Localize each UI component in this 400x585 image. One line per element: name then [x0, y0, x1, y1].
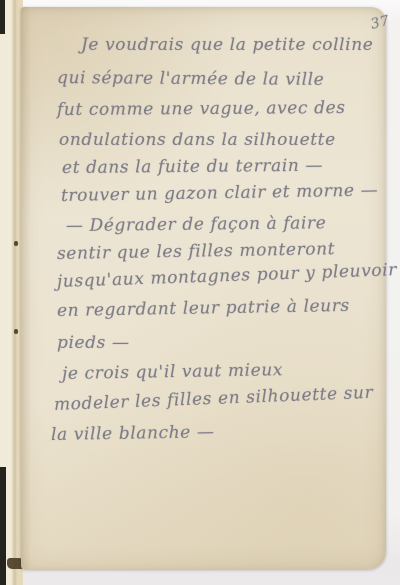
manuscript-page: 37 Je voudrais que la petite colline qui… [21, 7, 386, 569]
page-number: 37 [369, 13, 391, 33]
manuscript-line: je crois qu'il vaut mieux [62, 360, 283, 384]
manuscript-line: ondulations dans la silhouette [59, 130, 336, 150]
manuscript-line: la ville blanche — [51, 422, 215, 445]
manuscript-line: fut comme une vague, avec des [57, 98, 346, 120]
manuscript-line: trouver un gazon clair et morne — [61, 180, 379, 206]
binding-shadow-top [0, 0, 5, 34]
manuscript-line: en regardant leur patrie à leurs [57, 296, 350, 321]
manuscript-line: et dans la fuite du terrain — [62, 156, 323, 178]
manuscript-line: pieds — [57, 333, 130, 353]
binding-shadow-bottom [0, 467, 6, 585]
manuscript-line: qui sépare l'armée de la ville [57, 68, 325, 90]
notebook-scan: 37 Je voudrais que la petite colline qui… [0, 0, 400, 585]
binding-stitch [14, 329, 18, 334]
binding-stitch [14, 241, 18, 246]
manuscript-line: jusqu'aux montagnes pour y pleuvoir [57, 260, 398, 292]
manuscript-line: — Dégrader de façon à faire [66, 213, 327, 236]
manuscript-line: sentir que les filles monteront [57, 239, 335, 264]
manuscript-line: modeler les filles en silhouette sur [54, 383, 374, 415]
manuscript-line: Je voudrais que la petite colline [81, 35, 373, 55]
